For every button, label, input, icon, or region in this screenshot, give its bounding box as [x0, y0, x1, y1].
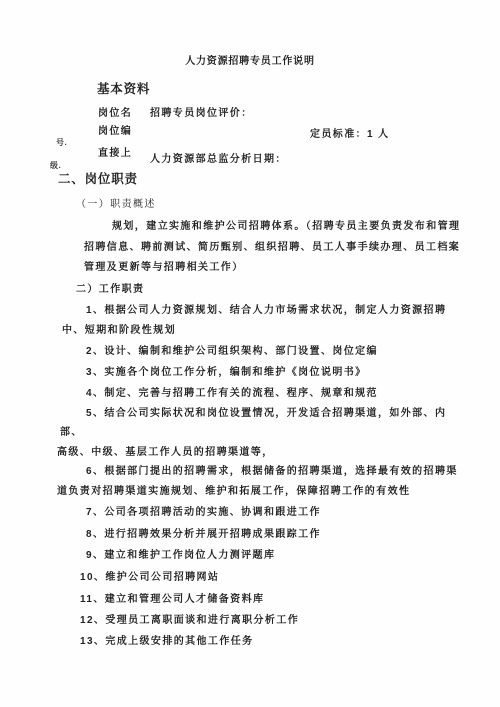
position-name-label: 岗位名: [98, 109, 132, 119]
direct-superior-label: 直接上: [98, 149, 132, 159]
document-page: 人力资源招聘专员工作说明 基本资料 岗位名 招聘专员岗位评价： 岗位编 定员标准…: [0, 0, 500, 707]
duty-line: 11、建立和管理公司人才储备资料库: [80, 595, 264, 605]
duty-line: 3、实施各个岗位工作分析，编制和维护《岗位说明书》: [86, 368, 367, 378]
overview-line: 规划，建立实施和维护公司招聘体系。（招聘专员主要负责发布和管理: [112, 222, 460, 232]
duty-line: 中、短期和阶段性规划: [62, 326, 176, 336]
overview-line: 管理及更新等与招聘相关工作）: [84, 263, 244, 273]
duty-line: 5、结合公司实际状况和岗位设置情况，开发适合招聘渠道，如外部、内: [86, 409, 446, 419]
duty-line: 13、完成上级安排的其他工作任务: [80, 637, 254, 647]
staffing-standard-value: 定员标准：1 人: [310, 130, 390, 140]
duty-line: 4、制定、完善与招聘工作有关的流程、程序、规章和规范: [86, 389, 378, 399]
duty-line: 道负责对招聘渠道实施规划、维护和拓展工作，保障招聘工作的有效性: [57, 487, 410, 497]
duty-line: 6、根据部门提出的招聘需求，根据储备的招聘渠道，选择最有效的招聘渠: [86, 467, 458, 477]
position-code-wrap-fragment: 号.: [56, 139, 67, 147]
duty-line: 2、设计、编制和维护公司组织架构、部门设置、岗位定编: [86, 347, 378, 357]
document-title: 人力资源招聘专员工作说明: [0, 57, 500, 67]
overview-line: 招聘信息、聘前测试、简历甄别、组织招聘、员工人事手续办理、员工档案: [84, 243, 460, 253]
duty-line: 10、维护公司公司招聘网站: [80, 573, 219, 583]
position-code-label: 岗位编: [98, 127, 132, 137]
position-eval-label: 招聘专员岗位评价：: [150, 109, 253, 119]
duty-line: 7、公司各项招聘活动的实施、协调和跟进工作: [86, 508, 321, 518]
duty-line: 高级、中级、基层工作人员的招聘渠道等，: [57, 448, 274, 458]
duty-line: 9、建立和维护工作岗位人力测评题库: [86, 551, 275, 561]
duties-work-heading: 二）工作职责: [76, 285, 144, 295]
basic-info-heading: 基本资料: [97, 83, 150, 96]
superior-and-date-value: 人力资源部总监分析日期：: [150, 155, 287, 165]
direct-superior-wrap-fragment: 级.: [50, 162, 61, 170]
duty-line: 部、: [60, 428, 83, 438]
duty-line: 1、根据公司人力资源规划、结合人力市场需求状况，制定人力资源招聘: [86, 306, 446, 316]
duties-overview-heading: （一）职责概述: [76, 200, 156, 210]
duty-line: 8、进行招聘效果分析并展开招聘成果跟踪工作: [86, 530, 321, 540]
duties-heading: 二、岗位职责: [58, 173, 138, 186]
duty-line: 12、受理员工离职面谈和进行离职分析工作: [80, 616, 299, 626]
